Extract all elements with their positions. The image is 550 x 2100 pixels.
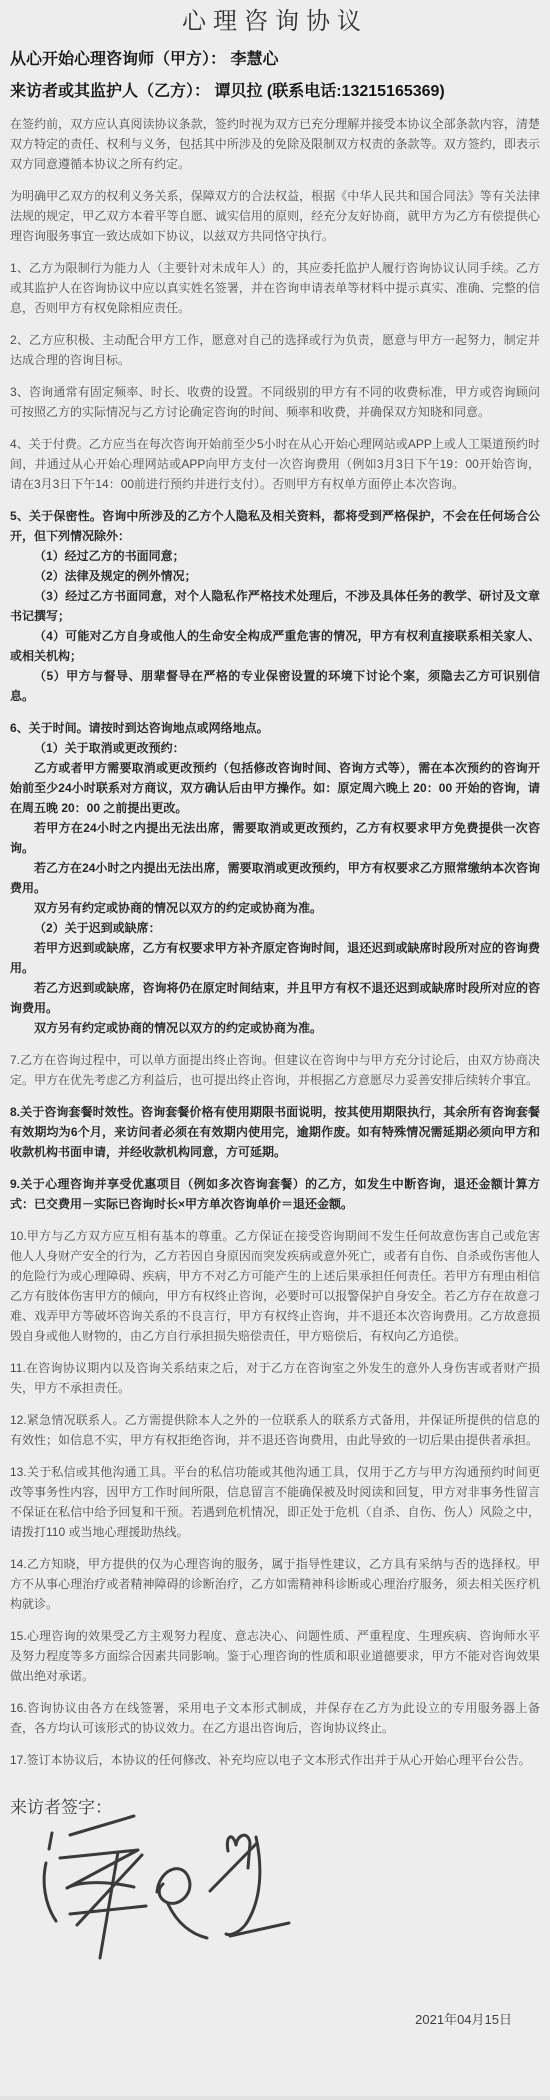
- clause-text: 15.心理咨询的效果受乙方主观努力程度、意志决心、问题性质、严重程度、生理疾病、…: [10, 1626, 540, 1686]
- clause-text: 17.签订本协议后，本协议的任何修改、补充均应以电子文本形式作出并于从心开始心理…: [10, 1750, 540, 1770]
- agreement-clause: 17.签订本协议后，本协议的任何修改、补充均应以电子文本形式作出并于从心开始心理…: [10, 1750, 540, 1770]
- agreement-clause: 2、乙方应积极、主动配合甲方工作，愿意对自己的选择或行为负责，愿意与甲方一起努力…: [10, 330, 540, 370]
- clause-text: 16.咨询协议由各方在线签署，采用电子文本形式制成，并保存在乙方为此设立的专用服…: [10, 1698, 540, 1738]
- signature: [20, 1795, 300, 1975]
- agreement-clause: 4、关于付费。乙方应当在每次咨询开始前至少5小时在从心开始心理网站或APP上或人…: [10, 434, 540, 494]
- clause-text: 14.乙方知晓，甲方提供的仅为心理咨询的服务，属于指导性建议，乙方具有采纳与否的…: [10, 1554, 540, 1614]
- screenshot-root: { "document": { "title": "心理咨询协议", "part…: [0, 0, 550, 2100]
- clause-subitem: 若乙方在24小时之内提出无法出席，需要取消或更改预约，甲方有权要求乙方照常缴纳本…: [10, 858, 540, 898]
- clause-subitem: （4）可能对乙方自身或他人的生命安全构成严重危害的情况，甲方有权利直接联系相关家…: [10, 626, 540, 666]
- page-title: 心理咨询协议: [10, 6, 540, 38]
- clause-text: 10.甲方与乙方双方应互相有基本的尊重。乙方保证在接受咨询期间不发生任何故意伤害…: [10, 1226, 540, 1346]
- clause-text: 8.关于咨询套餐时效性。咨询套餐价格有使用期限书面说明，按其使用期限执行，其余所…: [10, 1102, 540, 1162]
- agreement-date: 2021年04月15日: [415, 2010, 512, 2030]
- agreement-clause: 10.甲方与乙方双方应互相有基本的尊重。乙方保证在接受咨询期间不发生任何故意伤害…: [10, 1226, 540, 1346]
- clause-text: 11.在咨询协议期内以及咨询关系结束之后，对于乙方在咨询室之外发生的意外人身伤害…: [10, 1358, 540, 1398]
- agreement-clause: 8.关于咨询套餐时效性。咨询套餐价格有使用期限书面说明，按其使用期限执行，其余所…: [10, 1102, 540, 1162]
- clause-subitem: （5）甲方与督导、朋辈督导在严格的专业保密设置的环境下讨论个案，须隐去乙方可识别…: [10, 666, 540, 706]
- agreement-clause: 11.在咨询协议期内以及咨询关系结束之后，对于乙方在咨询室之外发生的意外人身伤害…: [10, 1358, 540, 1398]
- clause-subitem: 若甲方迟到或缺席，乙方有权要求甲方补齐原定咨询时间，退还迟到或缺席时段所对应的咨…: [10, 938, 540, 978]
- clause-subitem: （1）关于取消或更改预约：: [10, 738, 540, 758]
- agreement-clause: 1、乙方为限制行为能力人（主要针对未成年人）的，其应委托监护人履行咨询协议认同手…: [10, 258, 540, 318]
- clause-subitem: 若甲方在24小时之内提出无法出席，需要取消或更改预约，乙方有权要求甲方免费提供一…: [10, 818, 540, 858]
- clause-text: 2、乙方应积极、主动配合甲方工作，愿意对自己的选择或行为负责，愿意与甲方一起努力…: [10, 330, 540, 370]
- agreement-clause: 7.乙方在咨询过程中，可以单方面提出终止咨询。但建议在咨询中与甲方充分讨论后，由…: [10, 1050, 540, 1090]
- clause-subitem: 双方另有约定或协商的情况以双方的约定或协商为准。: [10, 898, 540, 918]
- clause-text: 5、关于保密性。咨询中所涉及的乙方个人隐私及相关资料，都将受到严格保护，不会在任…: [10, 506, 540, 546]
- clause-text: 4、关于付费。乙方应当在每次咨询开始前至少5小时在从心开始心理网站或APP上或人…: [10, 434, 540, 494]
- clause-subitem: （3）经过乙方书面同意，对个人隐私作严格技术处理后，不涉及具体任务的教学、研讨及…: [10, 586, 540, 626]
- clause-subitem: （2）关于迟到或缺席：: [10, 918, 540, 938]
- clause-subitem: 若乙方迟到或缺席，咨询将仍在原定时间结束，并且甲方有权不退还迟到或缺席时段所对应…: [10, 978, 540, 1018]
- clause-text: 在签约前，双方应认真阅读协议条款，签约时视为双方已充分理解并接受本协议全部条款内…: [10, 114, 540, 174]
- agreement-body: 在签约前，双方应认真阅读协议条款，签约时视为双方已充分理解并接受本协议全部条款内…: [10, 114, 540, 1770]
- party-b-line: 来访者或其监护人（乙方）： 谭贝拉 (联系电话:13215165369): [10, 81, 540, 102]
- agreement-clause: 6、关于时间。请按时到达咨询地点或网络地点。（1）关于取消或更改预约：乙方或者甲…: [10, 718, 540, 1038]
- clause-text: 13.关于私信或其他沟通工具。平台的私信功能或其他沟通工具，仅用于乙方与甲方沟通…: [10, 1462, 540, 1542]
- clause-subitem: （2）法律及规定的例外情况；: [10, 566, 540, 586]
- agreement-clause: 9.关于心理咨询并享受优惠项目（例如多次咨询套餐）的乙方，如发生中断咨询，退还金…: [10, 1174, 540, 1214]
- party-a-line: 从心开始心理咨询师（甲方）： 李慧心: [10, 49, 540, 70]
- agreement-clause: 为明确甲乙双方的权利义务关系，保障双方的合法权益，根据《中华人民共和国合同法》等…: [10, 186, 540, 246]
- signature-scrawl: [20, 1795, 300, 1975]
- clause-text: 为明确甲乙双方的权利义务关系，保障双方的合法权益，根据《中华人民共和国合同法》等…: [10, 186, 540, 246]
- clause-text: 1、乙方为限制行为能力人（主要针对未成年人）的，其应委托监护人履行咨询协议认同手…: [10, 258, 540, 318]
- clause-text: 7.乙方在咨询过程中，可以单方面提出终止咨询。但建议在咨询中与甲方充分讨论后，由…: [10, 1050, 540, 1090]
- clause-subitem: （1）经过乙方的书面同意；: [10, 546, 540, 566]
- agreement-clause: 3、咨询通常有固定频率、时长、收费的设置。不同级别的甲方有不同的收费标准，甲方或…: [10, 382, 540, 422]
- clause-text: 6、关于时间。请按时到达咨询地点或网络地点。: [10, 718, 540, 738]
- clause-subitem: 乙方或者甲方需要取消或更改预约（包括修改咨询时间、咨询方式等），需在本次预约的咨…: [10, 758, 540, 818]
- clause-subitem: 双方另有约定或协商的情况以双方的约定或协商为准。: [10, 1018, 540, 1038]
- clause-text: 9.关于心理咨询并享受优惠项目（例如多次咨询套餐）的乙方，如发生中断咨询，退还金…: [10, 1174, 540, 1214]
- agreement-clause: 在签约前，双方应认真阅读协议条款，签约时视为双方已充分理解并接受本协议全部条款内…: [10, 114, 540, 174]
- agreement-clause: 14.乙方知晓，甲方提供的仅为心理咨询的服务，属于指导性建议，乙方具有采纳与否的…: [10, 1554, 540, 1614]
- agreement-clause: 12.紧急情况联系人。乙方需提供除本人之外的一位联系人的联系方式备用，并保证所提…: [10, 1410, 540, 1450]
- agreement-clause: 15.心理咨询的效果受乙方主观努力程度、意志决心、问题性质、严重程度、生理疾病、…: [10, 1626, 540, 1686]
- clause-text: 3、咨询通常有固定频率、时长、收费的设置。不同级别的甲方有不同的收费标准，甲方或…: [10, 382, 540, 422]
- agreement-clause: 5、关于保密性。咨询中所涉及的乙方个人隐私及相关资料，都将受到严格保护，不会在任…: [10, 506, 540, 706]
- clause-text: 12.紧急情况联系人。乙方需提供除本人之外的一位联系人的联系方式备用，并保证所提…: [10, 1410, 540, 1450]
- agreement-clause: 16.咨询协议由各方在线签署，采用电子文本形式制成，并保存在乙方为此设立的专用服…: [10, 1698, 540, 1738]
- page-bottom-edge: [0, 2096, 550, 2100]
- agreement-clause: 13.关于私信或其他沟通工具。平台的私信功能或其他沟通工具，仅用于乙方与甲方沟通…: [10, 1462, 540, 1542]
- agreement-document: 心理咨询协议 从心开始心理咨询师（甲方）： 李慧心 来访者或其监护人（乙方）： …: [0, 0, 550, 1820]
